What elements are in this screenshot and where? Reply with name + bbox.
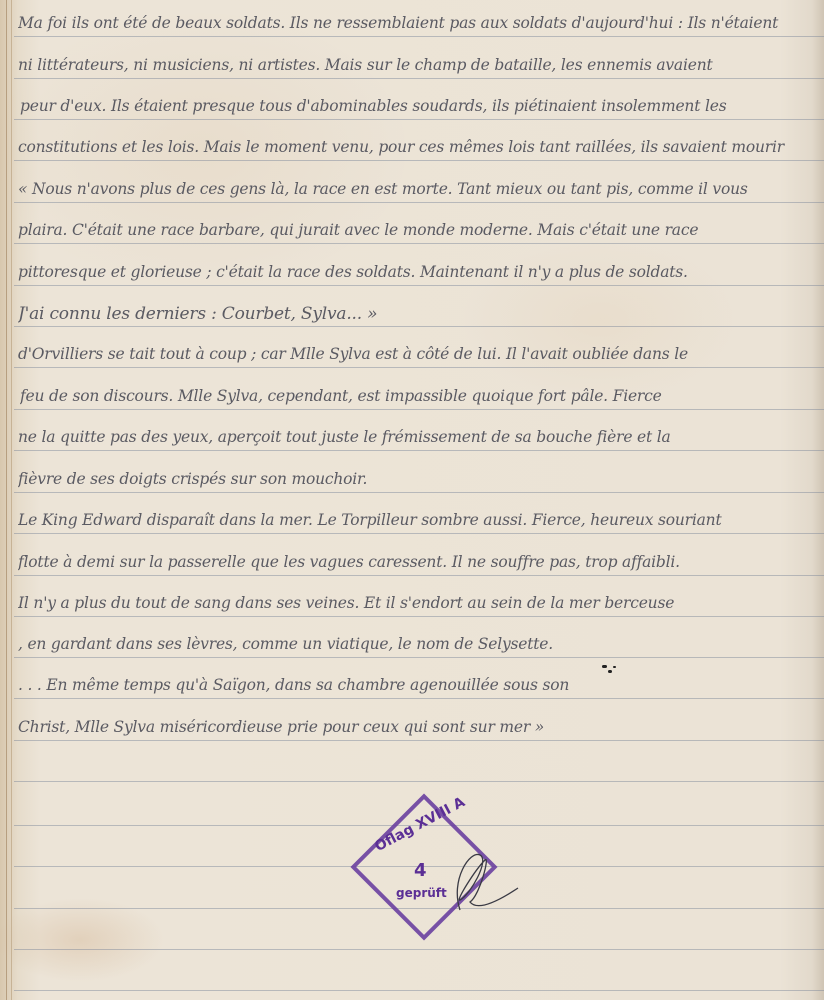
handwritten-line: d'Orvilliers se tait tout à coup ; car M… — [18, 345, 818, 363]
ruled-line — [14, 740, 824, 741]
page-binding-edge — [6, 0, 12, 1000]
handwritten-line: feu de son discours. Mlle Sylva, cependa… — [20, 387, 818, 405]
ruled-line — [14, 202, 824, 203]
ink-blot — [608, 670, 612, 673]
ruled-line — [14, 78, 824, 79]
handwritten-line: . . . En même temps qu'à Saïgon, dans sa… — [18, 676, 818, 694]
ruled-line — [14, 616, 824, 617]
ruled-line — [14, 367, 824, 368]
censor-signature-icon — [430, 840, 520, 920]
handwritten-line: , en gardant dans ses lèvres, comme un v… — [18, 635, 818, 653]
handwritten-line: J'ai connu les derniers : Courbet, Sylva… — [18, 304, 818, 324]
handwritten-line: Il n'y a plus du tout de sang dans ses v… — [18, 594, 818, 612]
ruled-line — [14, 119, 824, 120]
ruled-line — [14, 949, 824, 950]
ruled-line — [14, 450, 824, 451]
ruled-line — [14, 36, 824, 37]
ruled-line — [14, 326, 824, 327]
handwritten-line: ne la quitte pas des yeux, aperçoit tout… — [18, 428, 818, 446]
ruled-line — [14, 698, 824, 699]
handwritten-line: peur d'eux. Ils étaient presque tous d'a… — [20, 97, 818, 115]
handwritten-line: fièvre de ses doigts crispés sur son mou… — [18, 470, 818, 488]
handwritten-line: Christ, Mlle Sylva miséricordieuse prie … — [18, 718, 818, 736]
ruled-line — [14, 990, 824, 991]
handwritten-line: « Nous n'avons plus de ces gens là, la r… — [18, 180, 818, 198]
ink-blot — [602, 665, 607, 668]
handwritten-line: pittoresque et glorieuse ; c'était la ra… — [18, 263, 818, 281]
handwritten-line: ni littérateurs, ni musiciens, ni artist… — [18, 56, 818, 74]
ruled-line — [14, 575, 824, 576]
handwritten-line: flotte à demi sur la passerelle que les … — [18, 553, 818, 571]
ruled-line — [14, 160, 824, 161]
ruled-line — [14, 409, 824, 410]
handwritten-line: plaira. C'était une race barbare, qui ju… — [18, 221, 818, 239]
ruled-line — [14, 285, 824, 286]
ruled-line — [14, 657, 824, 658]
ruled-line — [14, 492, 824, 493]
ruled-line — [14, 243, 824, 244]
ruled-line — [14, 533, 824, 534]
ruled-line — [14, 781, 824, 782]
stamp-number: 4 — [414, 860, 427, 881]
handwritten-line: Le King Edward disparaît dans la mer. Le… — [18, 511, 818, 529]
notebook-page: Ma foi ils ont été de beaux soldats. Ils… — [0, 0, 824, 1000]
handwritten-line: Ma foi ils ont été de beaux soldats. Ils… — [18, 14, 818, 32]
handwritten-line: constitutions et les lois. Mais le momen… — [18, 138, 818, 156]
ink-blot — [613, 666, 616, 668]
